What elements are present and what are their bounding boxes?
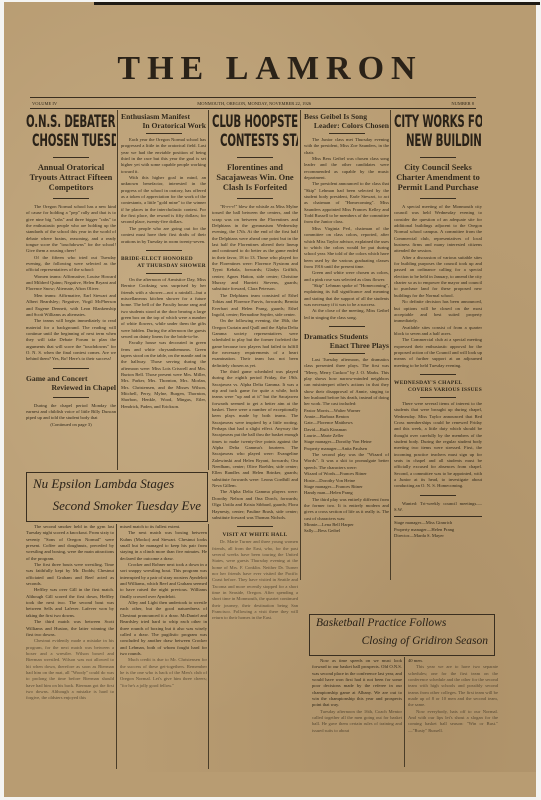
paragraph: Miss Virginia Perl, chairman of the comm… — [304, 226, 389, 270]
boxed-headline-basketball: Basketball Practice Follows Closing of G… — [309, 614, 495, 656]
paragraph: Miss Bess Geibel was chosen class song l… — [304, 156, 389, 181]
credit-line: Director—Marda S. Mayer — [394, 533, 482, 539]
paragraph: The third match was between Scott Willia… — [26, 619, 114, 638]
masthead-title: THE LAMRON — [4, 50, 536, 88]
paragraph: Dr. Marie Turner and three young women f… — [212, 539, 298, 621]
cast-line: Sally—Bess Geibel — [304, 528, 389, 534]
paragraph: The Oregon Normal school has a new kind … — [26, 204, 116, 255]
article-oratorical: Enthusiasm Manifest In Oratorical Work E… — [121, 112, 206, 410]
headline-line: CONTESTS START — [220, 131, 268, 150]
article-basketball-col1: Now as time speeds on we must look forwa… — [312, 658, 402, 734]
paragraph: Last Tuesday afternoon, the dramatics cl… — [304, 357, 389, 408]
paragraph: Chestnut evidently made a mistake in his… — [26, 638, 114, 701]
headline: VISIT AT WHITE HALL — [212, 532, 298, 539]
paragraph: With this higher goal in mind, an unknow… — [121, 175, 206, 226]
dateline-text: MONMOUTH, OREGON, MONDAY, NOVEMBER 22, 1… — [197, 101, 311, 106]
article-cityworks: CITY WORKS FOR NEW BUILDINGS City Counci… — [394, 112, 482, 539]
paragraph: Women teams: Affirmative, Louise Howard … — [26, 274, 116, 293]
newspaper-page: THE LAMRON VOLUME IV MONMOUTH, OREGON, M… — [4, 2, 536, 797]
headline-line: COVERS VARIOUS ISSUES — [394, 387, 482, 394]
headline-line: Closing of Gridiron Season — [362, 635, 488, 647]
article-debaters: O.N.S. DEBATERS CHOSEN TUESDAY Annual Or… — [26, 112, 116, 428]
paragraph: A special meeting of the Monmouth city c… — [394, 204, 482, 255]
headline-line: Reviewed in Chapel — [26, 383, 116, 392]
headline-line: WEDNESDAY'S CHAPEL — [394, 380, 482, 387]
paragraph: During the chapel period Monday the earn… — [26, 403, 116, 422]
paragraph: Crocker and Rohner next took a down in a… — [120, 562, 207, 600]
paragraph: Available sites consist of from a quarte… — [394, 325, 482, 338]
paragraph: The Junior class met Thursday evening wi… — [304, 137, 389, 156]
paragraph: Heffley was over Gill in the first match… — [26, 587, 114, 619]
headline-line: Leader: Colors Chosen — [304, 121, 389, 130]
continued-note: (Continued on page 3) — [26, 422, 116, 428]
headline-line: NEW BUILDINGS — [406, 131, 453, 150]
column-rule — [208, 524, 209, 769]
paragraph: The Delphians team consisted of Ethel To… — [212, 293, 298, 318]
headline-line: Enthusiasm Manifest — [121, 112, 206, 121]
paragraph: This year we are to have two separate sc… — [408, 664, 498, 708]
paragraph: The third play was entirely different fr… — [304, 497, 389, 522]
headline-line: In Oratorical Work — [121, 121, 206, 130]
paragraph: Much credit is due to Mr. Christensen fo… — [120, 657, 207, 689]
dateline-bar: VOLUME IV MONMOUTH, OREGON, MONDAY, NOVE… — [30, 97, 476, 109]
paragraph: Tuesday afternoon the 16th, Coach Mentor… — [312, 709, 402, 734]
column-rule — [404, 657, 405, 767]
paragraph: Alley and Light then undertook to wrestl… — [120, 600, 207, 657]
subheadline: Florentines and Sacajaweas Win. One Clas… — [212, 163, 298, 193]
paragraph: Now everybody, hats off to our Normal. A… — [408, 709, 498, 734]
paragraph: Each year the Oregon Normal school has p… — [121, 137, 206, 175]
headline-line: O.N.S. DEBATERS — [26, 112, 82, 131]
paragraph: No definite decision has been announced,… — [394, 299, 482, 324]
bottom-margin — [4, 772, 536, 797]
column-rule — [300, 110, 301, 580]
paragraph: Men teams: Affirmative, Earl Stewart and… — [26, 293, 116, 318]
paragraph: The Alpha Delta Gamma players were: Doro… — [212, 489, 298, 521]
article-smoker-col2: mixed match to its fullest extent. The n… — [120, 524, 207, 689]
paragraph: The president announced to the class tha… — [304, 181, 389, 225]
scan-edge — [94, 2, 540, 5]
headline-line: BRIDE-ELECT HONORED — [121, 256, 206, 263]
paragraph: On the following evening, the 18th, the … — [212, 318, 298, 369]
paragraph: At the close of the meeting, Miss Geibel… — [304, 308, 389, 321]
paragraph: There were several items of interest to … — [394, 401, 482, 490]
article-basketball-col2: 40 men. This year we are to have two sep… — [408, 658, 498, 734]
headline-line: CLUB HOOPSTERS — [212, 112, 265, 131]
column-rule — [116, 524, 117, 769]
headline-line: AT THURSDAY SHOWER — [121, 263, 206, 270]
headline-line: Enact Three Plays — [304, 341, 389, 350]
paragraph: "B-r-r-r!" blew the whistle as Miss Myln… — [212, 204, 298, 293]
volume-label: VOLUME IV — [32, 101, 57, 106]
column-rule — [117, 110, 118, 470]
paragraph: The first three bouts were wrestling. Ti… — [26, 562, 114, 587]
paragraph: Now as time speeds on we must look forwa… — [312, 658, 402, 709]
paragraph: The second play was the "Wizard of Words… — [304, 452, 389, 471]
paragraph: "Skip" Lehman spoke of "Homecoming", exp… — [304, 283, 389, 308]
headline-line: Game and Concert — [26, 374, 116, 383]
headline-line: Bess Geibel Is Song — [304, 112, 389, 121]
boxed-headline-smoker: Nu Epsilon Lambda Stages Second Smoker T… — [26, 472, 208, 522]
column-rule — [390, 110, 391, 580]
paragraph: The people who are going out for the con… — [121, 226, 206, 245]
issue-number: NUMBER 8 — [451, 101, 474, 106]
headline-line: CHOSEN TUESDAY — [32, 131, 84, 150]
headline-line: Nu Epsilon Lambda Stages — [33, 476, 174, 492]
paragraph: After a discussion of various suitable s… — [394, 255, 482, 299]
headline-line: Second Smoker Tuesday Eve — [53, 498, 201, 514]
headline-line: CITY WORKS FOR — [394, 112, 449, 131]
subheadline: Annual Oratorical Tryouts Attract Fiftee… — [26, 163, 116, 193]
paragraph: Of the fifteen who tried out Tuesday eve… — [26, 255, 116, 274]
paragraph: The teams will begin immediately to read… — [26, 318, 116, 362]
paragraph: Faculty house was decorated in green fer… — [121, 340, 206, 410]
paragraph: Green and white were chosen as colors, a… — [304, 270, 389, 283]
article-hoopsters: CLUB HOOPSTERS CONTESTS START Florentine… — [212, 112, 298, 622]
paragraph: On the afternoon of Armistice Day, Miss … — [121, 277, 206, 340]
headline-line: Dramatics Students — [304, 332, 389, 341]
paragraph: The third game scheduled was played duri… — [212, 369, 298, 490]
paragraph: The next match was boxing between Kuhns … — [120, 530, 207, 562]
wanted-note: Wanted: Tri-weekly council meetings.—S.W… — [394, 501, 482, 514]
paragraph: The Commercial club at a special meeting… — [394, 337, 482, 369]
article-smoker-col1: The second smoker held in the gym last T… — [26, 524, 114, 702]
headline-line: Basketball Practice Follows — [316, 617, 446, 629]
subheadline: City Council Seeks Charter Amendment to … — [394, 163, 482, 193]
article-songleader: Bess Geibel Is Song Leader: Colors Chose… — [304, 112, 389, 535]
paragraph: The second smoker held in the gym last T… — [26, 524, 114, 562]
column-rule — [208, 110, 209, 470]
